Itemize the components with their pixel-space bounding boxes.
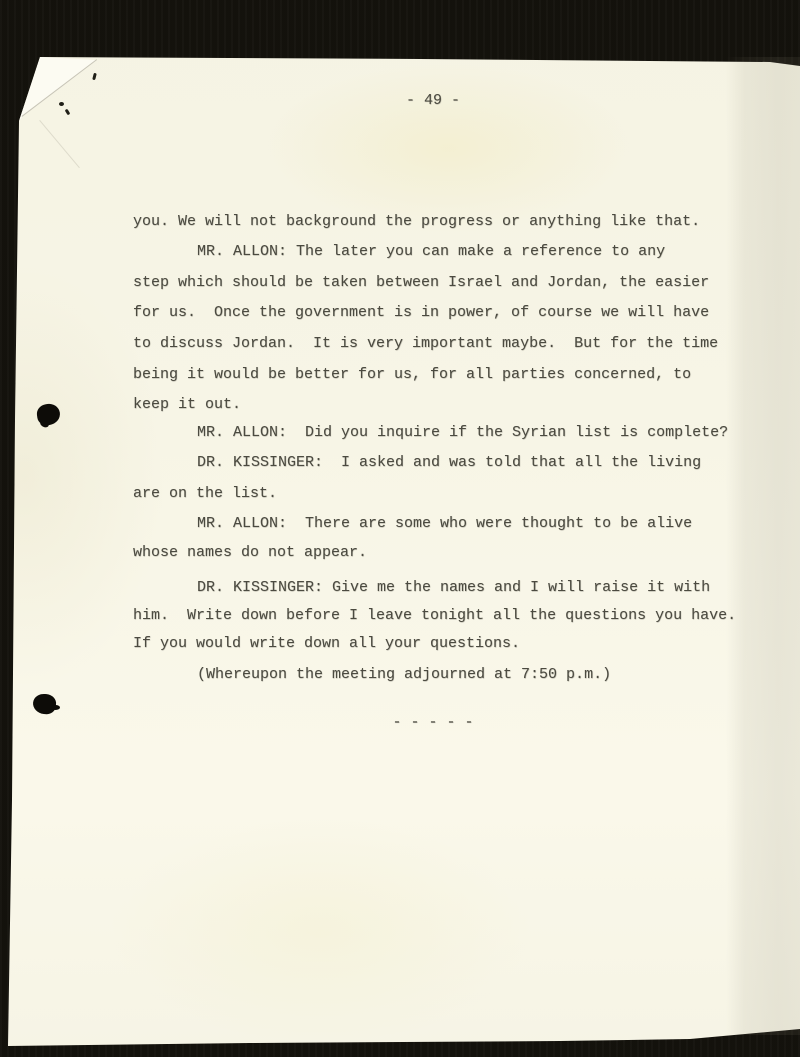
typed-line: MR. ALLON: Did you inquire if the Syrian… <box>133 423 800 443</box>
typed-line: to discuss Jordan. It is very important … <box>133 334 753 354</box>
typed-line: you. We will not background the progress… <box>133 212 753 232</box>
typed-line: whose names do not appear. <box>133 543 753 563</box>
typed-line: keep it out. <box>133 395 753 415</box>
typed-line: step which should be taken between Israe… <box>133 273 753 293</box>
divider-dashes: - - - - - <box>133 713 733 733</box>
scanned-document: - 49 - you. We will not background the p… <box>0 0 800 1057</box>
typed-line: being it would be better for us, for all… <box>133 365 753 385</box>
typed-line: DR. KISSINGER: Give me the names and I w… <box>133 578 800 598</box>
typed-line: him. Write down before I leave tonight a… <box>133 606 753 626</box>
typed-line: (Whereupon the meeting adjourned at 7:50… <box>133 665 800 685</box>
page-number: - 49 - <box>133 91 733 111</box>
typed-line: are on the list. <box>133 484 753 504</box>
typed-text-layer: - 49 - you. We will not background the p… <box>0 0 800 1057</box>
typed-line: MR. ALLON: The later you can make a refe… <box>133 242 800 262</box>
typed-line: MR. ALLON: There are some who were thoug… <box>133 514 800 534</box>
typed-line: If you would write down all your questio… <box>133 634 753 654</box>
typed-line: for us. Once the government is in power,… <box>133 303 753 323</box>
typed-line: DR. KISSINGER: I asked and was told that… <box>133 453 800 473</box>
